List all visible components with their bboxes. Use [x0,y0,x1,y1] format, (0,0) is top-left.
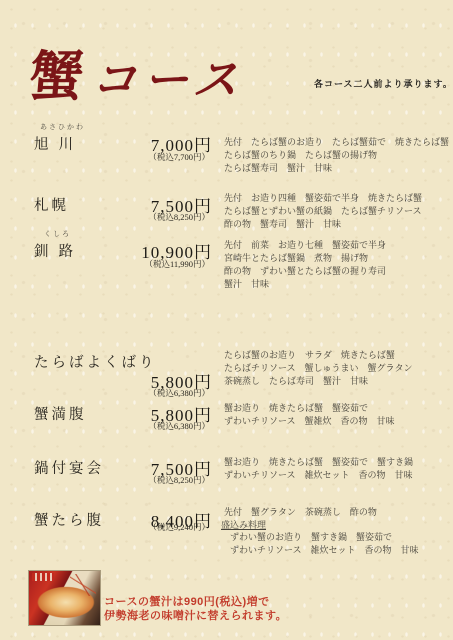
course-name: 蟹満腹 [34,403,87,424]
menu-page: 蟹コース 各コース二人前より承ります。 あさひかわ 旭 川 7,000円 （税込… [0,0,453,640]
course-name: 釧 路 [34,240,76,261]
lobster-photo [28,570,101,626]
course-tax-price: （税込9,240円） [118,521,210,533]
course-description: ずわい蟹のお造り 蟹すき鍋 蟹姿茹で ずわいチリソース 雑炊セット 香の物 甘味 [230,531,453,557]
course-description: 先付 前菜 お造り七種 蟹姿茹で半身 宮崎牛とたらば蟹鍋 煮物 揚げ物 酢の物 … [224,239,453,291]
title-katakana: コース [89,53,247,106]
course-tax-price: （税込8,250円） [118,474,210,486]
course-description: 蟹お造り 焼きたらば蟹 蟹姿茹で 蟹すき鍋 ずわいチリソース 雑炊セット 香の物… [224,456,453,482]
course-name: 札幌 [34,194,69,215]
course-name: 蟹たら腹 [34,509,104,530]
lobster-antenna-decoration [70,574,96,596]
course-tax-price: （税込6,380円） [118,420,210,432]
course-tax-price: （税込11,990円） [118,258,210,270]
course-tax-price: （税込8,250円） [118,211,210,223]
course-tax-price: （税込6,380円） [118,387,210,399]
soup-upgrade-note: コースの蟹汁は990円(税込)増で 伊勢海老の味噌汁に替えられます。 [104,595,287,623]
course-description: 先付 お造り四種 蟹姿茹で半身 焼きたらば蟹 たらば蟹とずわい蟹の紙鍋 たらば蟹… [224,192,453,231]
title-kanji: 蟹 [27,44,87,108]
photo-caption-tag [32,573,54,581]
serving-note: 各コース二人前より承ります。 [314,77,453,90]
course-furigana: あさひかわ [40,122,85,132]
course-description: 蟹お造り 焼きたらば蟹 蟹姿茹で ずわいチリソース 蟹雑炊 香の物 甘味 [224,402,453,428]
page-title: 蟹コース [27,34,250,111]
course-tax-price: （税込7,700円） [118,151,210,163]
course-furigana: くしろ [44,229,71,239]
course-name: 旭 川 [34,133,76,154]
course-name: 鍋付宴会 [34,457,104,478]
course-description: たらば蟹のお造り サラダ 焼きたらば蟹 たらばチリソース 蟹しゅうまい 蟹グラタ… [224,349,453,388]
course-group-label: 盛込み料理 [221,518,266,531]
course-description: 先付 たらば蟹のお造り たらば蟹茹で 焼きたらば蟹 たらば蟹のちり鍋 たらば蟹の… [224,136,453,175]
